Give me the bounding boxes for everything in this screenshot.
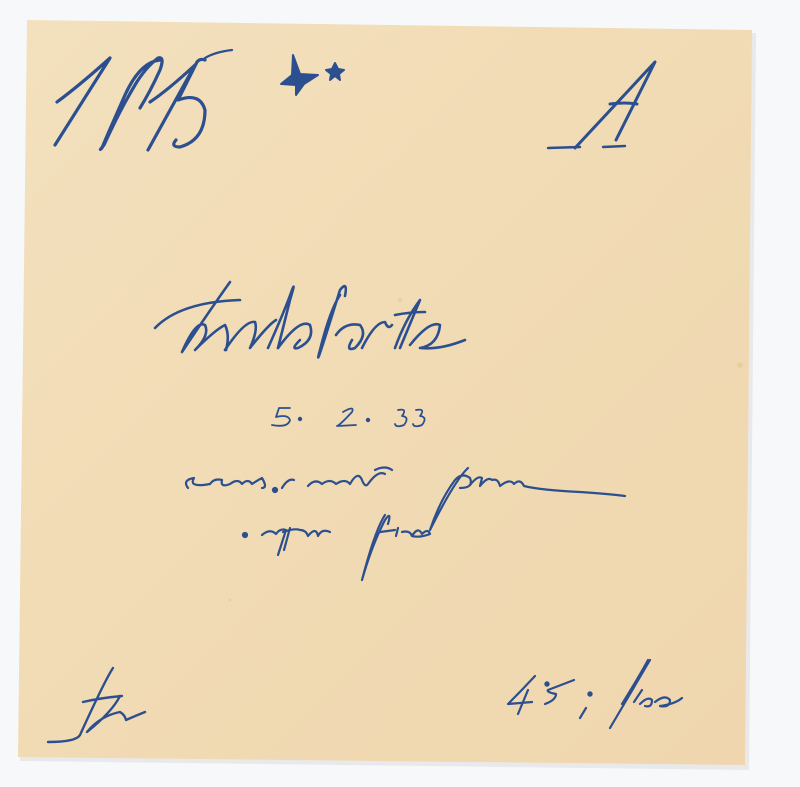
star-marks — [281, 55, 344, 95]
ratio-handwriting — [508, 660, 682, 728]
initials-handwriting — [48, 668, 145, 742]
description-line-1-handwriting — [186, 468, 625, 531]
scan-background: 1815 ★* A Carloforte 5 · 2 · 33 carro e … — [0, 0, 800, 787]
locality-handwriting — [155, 282, 465, 358]
date-handwriting — [272, 408, 425, 426]
description-line-2-handwriting — [243, 515, 430, 580]
grade-letter-handwriting — [548, 62, 655, 148]
catalog-number-handwriting — [55, 50, 232, 150]
